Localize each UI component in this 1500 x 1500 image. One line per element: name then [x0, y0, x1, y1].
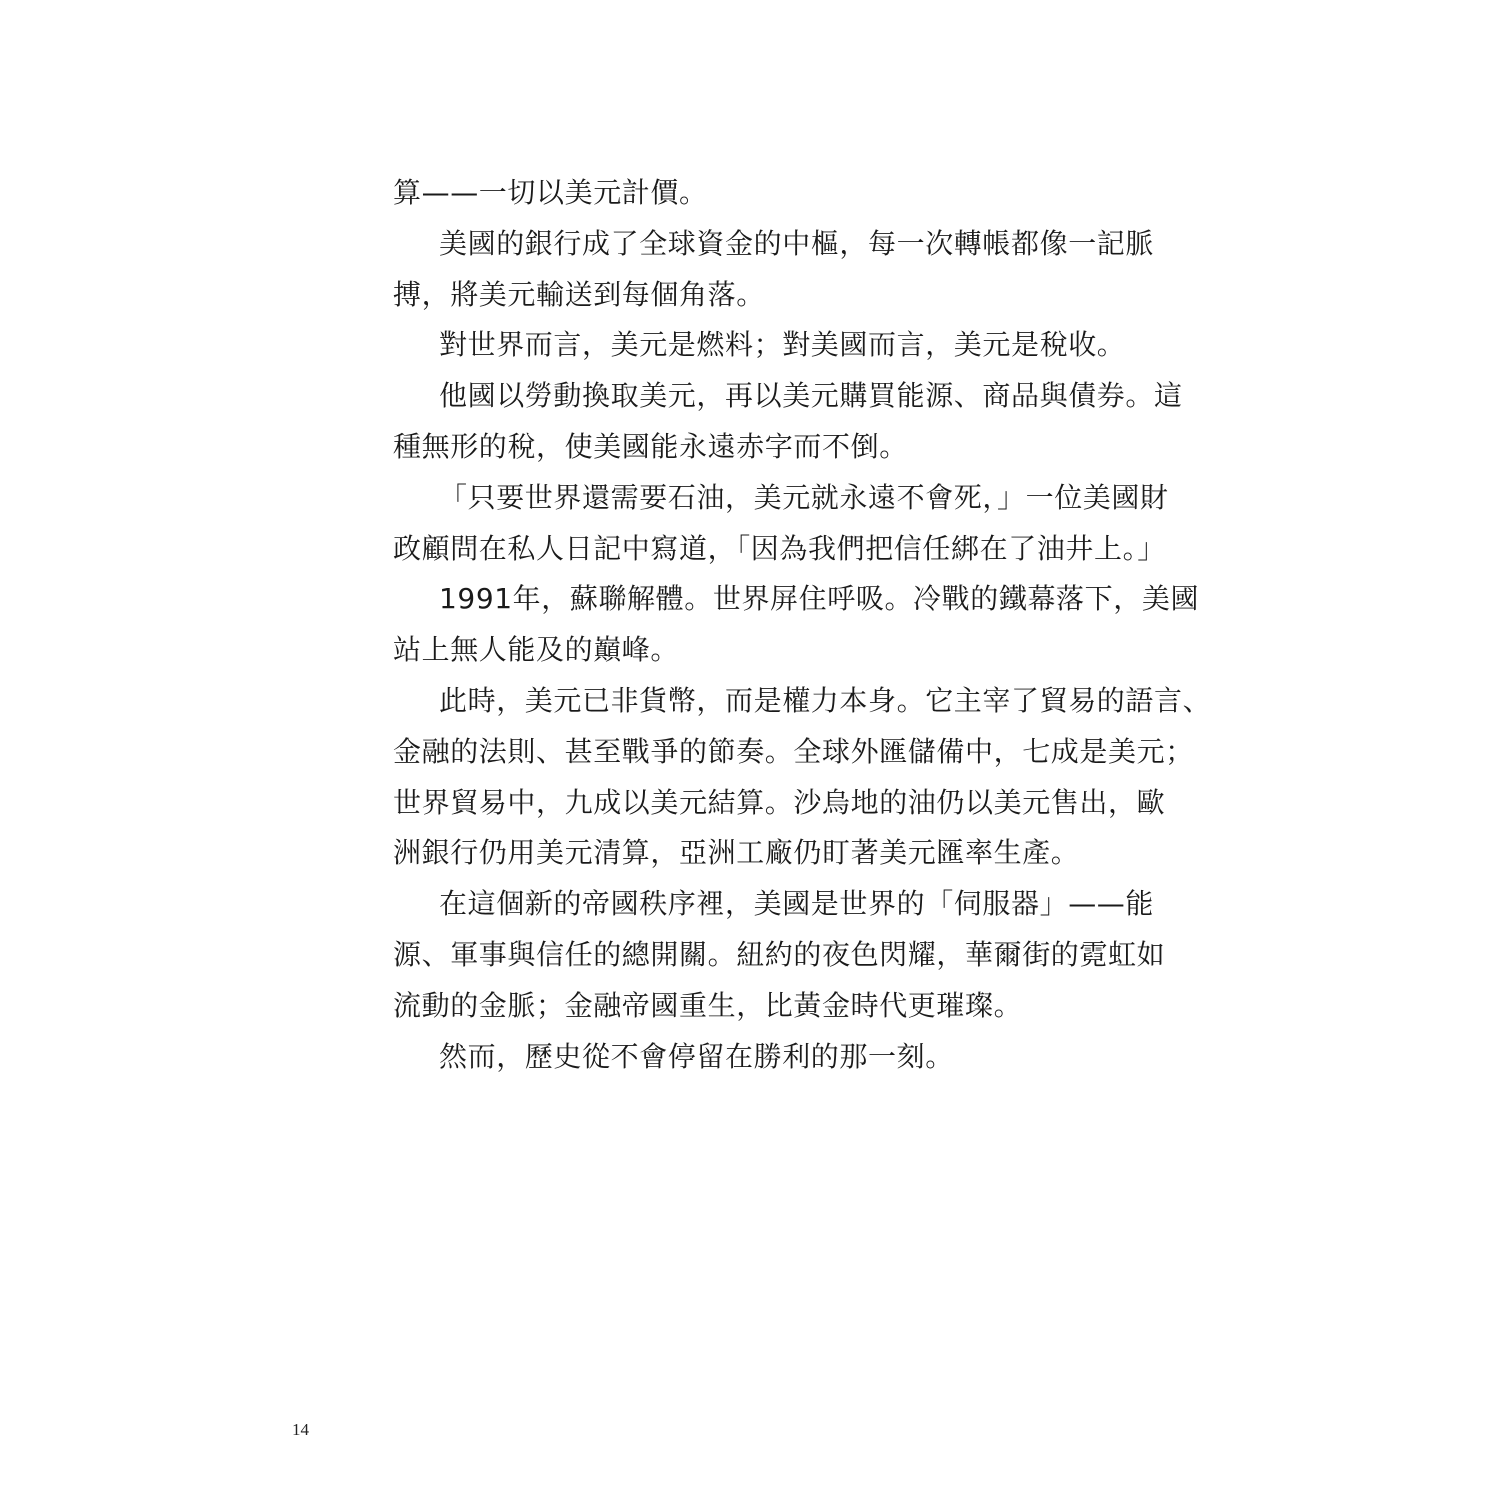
text-line: 站上無人能及的巔峰。 [393, 625, 1109, 676]
text-line: 洲銀行仍用美元清算，亞洲工廠仍盯著美元匯率生產。 [393, 828, 1109, 879]
text-line: 此時，美元已非貨幣，而是權力本身。它主宰了貿易的語言、 [393, 676, 1109, 727]
text-line: 「只要世界還需要石油，美元就永遠不會死，」一位美國財 [393, 473, 1109, 524]
text-line: 他國以勞動換取美元，再以美元購買能源、商品與債券。這 [393, 371, 1109, 422]
text-line: 然而，歷史從不會停留在勝利的那一刻。 [393, 1032, 1109, 1083]
book-page: 算——一切以美元計價。 美國的銀行成了全球資金的中樞，每一次轉帳都像一記脈 搏，… [0, 0, 1500, 1500]
page-number: 14 [292, 1420, 309, 1440]
text-line: 搏，將美元輸送到每個角落。 [393, 270, 1109, 321]
body-text: 算——一切以美元計價。 美國的銀行成了全球資金的中樞，每一次轉帳都像一記脈 搏，… [393, 168, 1109, 1082]
text-line: 算——一切以美元計價。 [393, 168, 1109, 219]
text-line: 流動的金脈；金融帝國重生，比黃金時代更璀璨。 [393, 981, 1109, 1032]
text-line: 金融的法則、甚至戰爭的節奏。全球外匯儲備中，七成是美元； [393, 727, 1109, 778]
text-line: 對世界而言，美元是燃料；對美國而言，美元是稅收。 [393, 320, 1109, 371]
text-line: 源、軍事與信任的總開關。紐約的夜色閃耀，華爾街的霓虹如 [393, 930, 1109, 981]
text-line: 世界貿易中，九成以美元結算。沙烏地的油仍以美元售出，歐 [393, 778, 1109, 829]
text-line: 在這個新的帝國秩序裡，美國是世界的「伺服器」——能 [393, 879, 1109, 930]
text-line: 政顧問在私人日記中寫道，「因為我們把信任綁在了油井上。」 [393, 524, 1109, 575]
text-line: 美國的銀行成了全球資金的中樞，每一次轉帳都像一記脈 [393, 219, 1109, 270]
text-line: 種無形的稅，使美國能永遠赤字而不倒。 [393, 422, 1109, 473]
text-line: 1991年，蘇聯解體。世界屏住呼吸。冷戰的鐵幕落下，美國 [393, 574, 1109, 625]
